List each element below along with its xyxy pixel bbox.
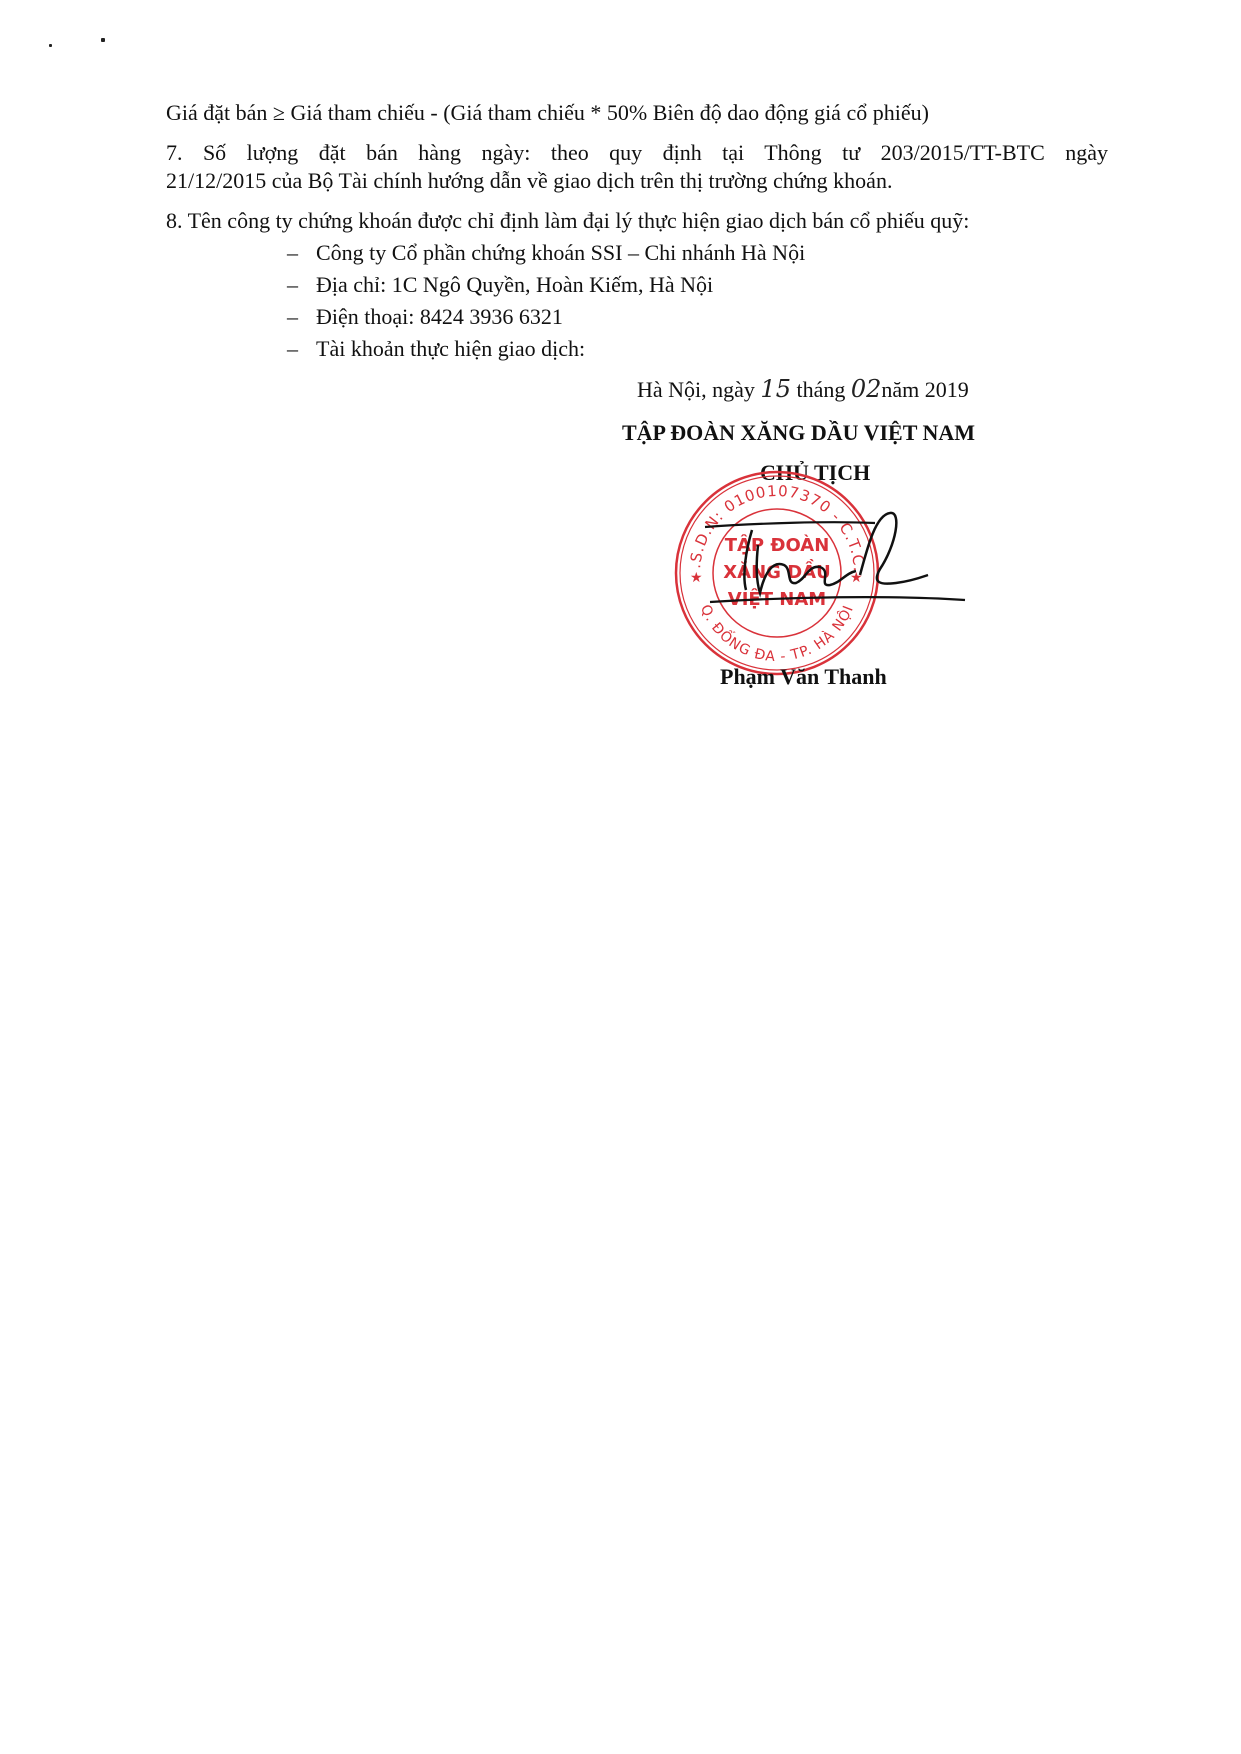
bullet-address: Địa chỉ: 1C Ngô Quyền, Hoàn Kiếm, Hà Nội [316,272,713,298]
handwritten-signature [700,505,970,615]
handwritten-month: 02 [851,375,882,403]
scan-speck [49,44,52,47]
bullet-marker: – [287,240,298,266]
organization-name: TẬP ĐOÀN XĂNG DẦU VIỆT NAM [622,420,975,446]
year-label: năm 2019 [881,377,968,402]
document-page: Giá đặt bán ≥ Giá tham chiếu - (Giá tham… [0,0,1241,1754]
month-label: tháng [796,377,845,402]
bullet-marker: – [287,336,298,362]
item7-line1: 7. Số lượng đặt bán hàng ngày: theo quy … [166,140,1108,166]
bullet-account: Tài khoản thực hiện giao dịch: [316,336,585,362]
date-prefix: Hà Nội, ngày [637,377,755,402]
handwritten-day: 15 [760,375,791,403]
signing-date: Hà Nội, ngày 15 tháng 02năm 2019 [637,376,969,403]
bullet-company: Công ty Cổ phần chứng khoán SSI – Chi nh… [316,240,805,266]
item8-heading: 8. Tên công ty chứng khoán được chỉ định… [166,208,969,234]
bullet-marker: – [287,272,298,298]
bullet-marker: – [287,304,298,330]
bullet-phone: Điện thoại: 8424 3936 6321 [316,304,563,330]
signer-name: Phạm Văn Thanh [720,664,887,690]
price-formula: Giá đặt bán ≥ Giá tham chiếu - (Giá tham… [166,100,929,126]
item7-line2: 21/12/2015 của Bộ Tài chính hướng dẫn về… [166,168,892,194]
scan-speck [101,38,105,42]
